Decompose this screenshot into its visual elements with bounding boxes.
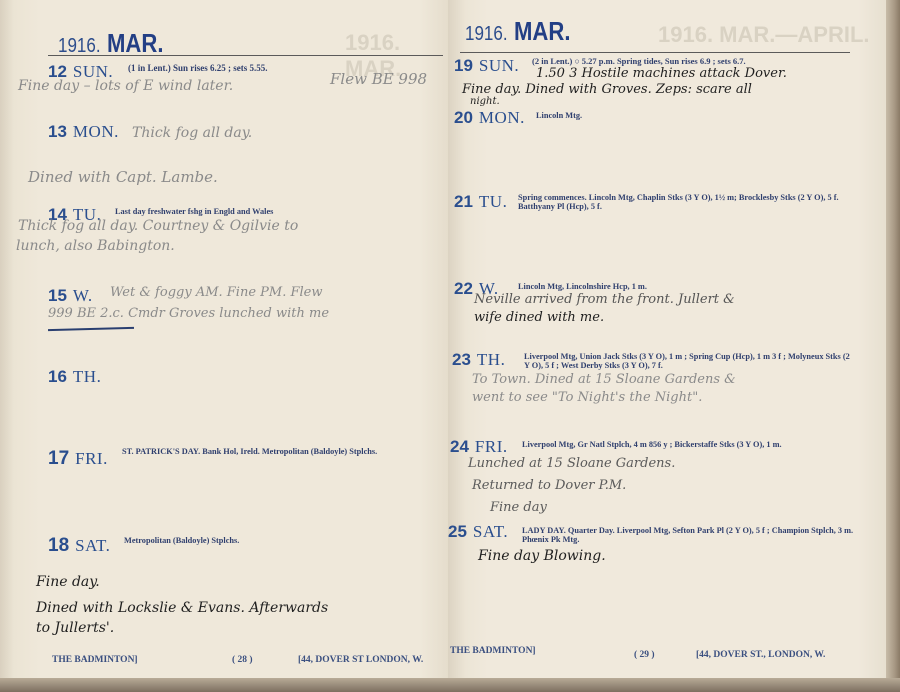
bleed-through-header: 1916. MAR.—APRIL. (658, 22, 870, 48)
day-23-handwriting-2: went to see "To Night's the Night". (472, 390, 702, 405)
day-18-handwriting-2: Dined with Lockslie & Evans. Afterwards (36, 600, 328, 616)
day-12-note: (1 in Lent.) Sun rises 6.25 ; sets 5.55. (128, 64, 268, 73)
day-name: MON. (479, 108, 525, 127)
day-19-handwriting-2: Fine day. Dined with Groves. Zeps: scare… (462, 82, 752, 97)
day-number: 19 (454, 56, 473, 75)
book-page-edges (886, 0, 900, 692)
day-20-note: Lincoln Mtg. (536, 111, 582, 120)
day-24-note: Liverpool Mtg, Gr Natl Stplch, 4 m 856 y… (522, 440, 854, 449)
left-footer-address: [44, DOVER ST LONDON, W. (298, 655, 423, 665)
day-name: TH. (477, 350, 505, 369)
day-name: SUN. (479, 56, 519, 75)
day-13-handwriting-1: Thick fog all day. (132, 125, 252, 141)
day-number: 22 (454, 279, 473, 298)
pen-underline (48, 327, 134, 331)
day-number: 20 (454, 108, 473, 127)
day-17-note: ST. PATRICK'S DAY. Bank Hol, Ireld. Metr… (122, 447, 450, 456)
day-number: 17 (48, 448, 69, 469)
right-page: 1916. MAR.—APRIL. 1916. MAR. 19SUN. (2 i… (448, 0, 888, 692)
day-23-handwriting-1: To Town. Dined at 15 Sloane Gardens & (472, 372, 736, 387)
day-21: 21TU. (454, 192, 507, 212)
day-name: TU. (479, 192, 507, 211)
day-15-handwriting-1: Wet & foggy AM. Fine PM. Flew (110, 285, 322, 300)
left-footer-page-number: ( 28 ) (232, 655, 253, 665)
day-number: 13 (48, 122, 67, 141)
day-12-handwriting-1: Fine day – lots of E wind later. (18, 78, 233, 94)
day-25-handwriting-1: Fine day Blowing. (478, 548, 606, 564)
day-24-handwriting-1: Lunched at 15 Sloane Gardens. (468, 456, 675, 471)
day-name: MON. (73, 122, 119, 141)
day-16: 16TH. (48, 367, 101, 387)
day-number: 15 (48, 286, 67, 305)
book-bottom-edge (0, 678, 900, 692)
day-23: 23TH. (452, 350, 505, 370)
day-14-handwriting-1: Thick fog all day. Courtney & Ogilvie to (18, 218, 298, 234)
day-25: 25SAT. (448, 522, 508, 542)
day-18-handwriting-1: Fine day. (36, 574, 100, 590)
header-rule (460, 52, 850, 53)
day-13: 13MON. (48, 122, 119, 142)
day-number: 18 (48, 535, 69, 556)
day-name: FRI. (475, 437, 508, 456)
day-19: 19SUN. (454, 56, 519, 76)
day-number: 21 (454, 192, 473, 211)
day-18-note: Metropolitan (Baldoyle) Stplchs. (124, 536, 239, 545)
day-14-handwriting-2: lunch, also Babington. (16, 238, 175, 254)
diary-spread: 1916. MAR. 1916. MAR. 12SUN. (1 in Lent.… (0, 0, 900, 692)
day-name: SAT. (75, 536, 110, 555)
header-year: 1916. (465, 23, 508, 46)
right-footer-publisher: THE BADMINTON] (450, 646, 536, 656)
day-name: W. (73, 286, 93, 305)
day-21-note: Spring commences. Lincoln Mtg, Chaplin S… (518, 193, 850, 211)
day-14-note: Last day freshwater fshg in Engld and Wa… (115, 207, 273, 216)
left-page: 1916. MAR. 1916. MAR. 12SUN. (1 in Lent.… (0, 0, 450, 692)
left-footer-publisher: THE BADMINTON] (52, 655, 138, 665)
day-22-handwriting-2: wife dined with me. (474, 310, 604, 325)
day-name: SAT. (473, 522, 508, 541)
day-name: TH. (73, 367, 101, 386)
day-12-handwriting-2: Flew BE 998 (330, 70, 427, 88)
day-number: 24 (450, 437, 469, 456)
day-13-handwriting-2: Dined with Capt. Lambe. (28, 168, 218, 186)
day-19-handwriting-3: night. (470, 96, 500, 107)
day-24: 24FRI. (450, 437, 508, 457)
day-name: FRI. (75, 449, 108, 468)
header-rule (48, 55, 443, 56)
day-22-handwriting-1: Neville arrived from the front. Jullert … (474, 292, 735, 307)
day-19-note: (2 in Lent.) ○ 5.27 p.m. Spring tides, S… (532, 57, 746, 66)
day-23-note: Liverpool Mtg, Union Jack Stks (3 Y O), … (524, 352, 856, 370)
right-page-header: 1916. MAR. (465, 16, 580, 47)
day-17: 17FRI. (48, 448, 108, 470)
day-24-handwriting-3: Fine day (490, 500, 547, 515)
day-20: 20MON. (454, 108, 525, 128)
day-18: 18SAT. (48, 535, 110, 557)
day-18-handwriting-3: to Jullerts'. (36, 620, 114, 636)
day-15-handwriting-2: 999 BE 2.c. Cmdr Groves lunched with me (48, 306, 329, 321)
right-footer-page-number: ( 29 ) (634, 650, 655, 660)
day-19-handwriting-1: 1.50 3 Hostile machines attack Dover. (536, 66, 787, 81)
day-number: 25 (448, 522, 467, 541)
day-number: 16 (48, 367, 67, 386)
day-24-handwriting-2: Returned to Dover P.M. (472, 478, 626, 493)
right-footer-address: [44, DOVER ST., LONDON, W. (696, 650, 825, 660)
day-15: 15W. (48, 286, 93, 306)
day-number: 23 (452, 350, 471, 369)
day-25-note: LADY DAY. Quarter Day. Liverpool Mtg, Se… (522, 526, 854, 544)
day-22-note: Lincoln Mtg, Lincolnshire Hcp, 1 m. (518, 282, 647, 291)
header-month: MAR. (514, 16, 570, 47)
